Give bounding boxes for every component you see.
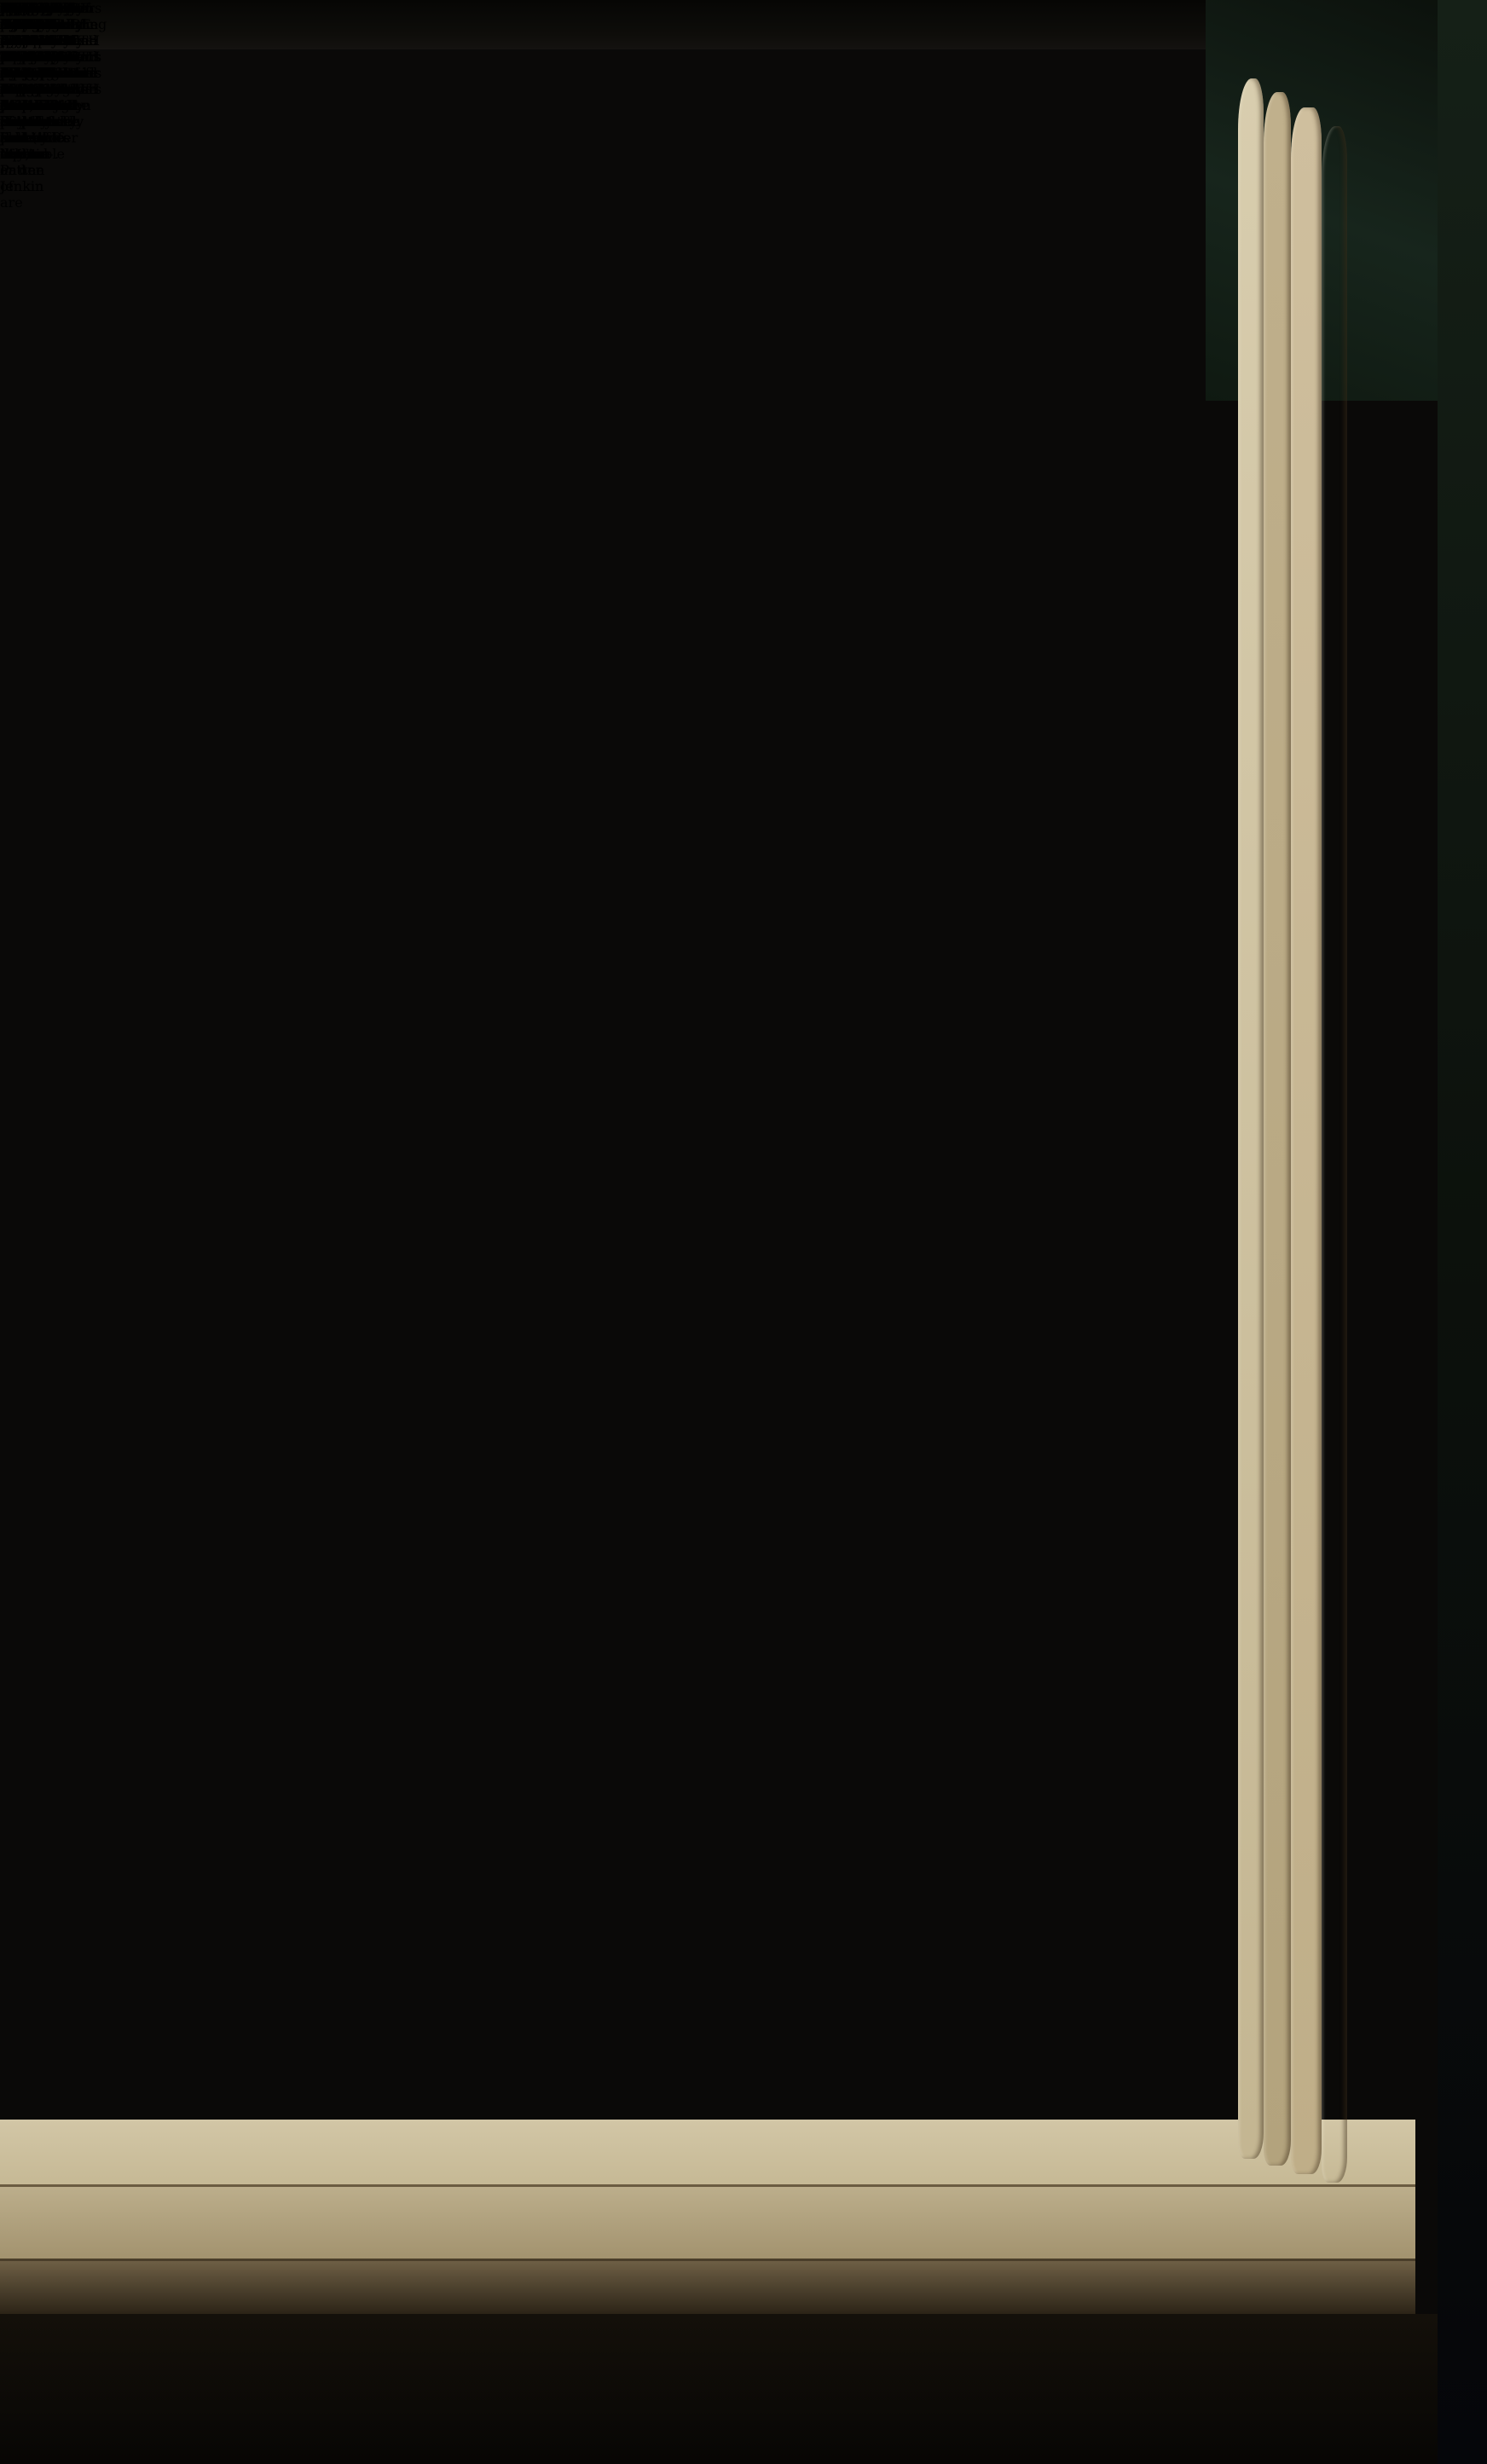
book-photo: edntorysinaidheeesntf ofbyNDbyee-onpp-bl… [0,0,1487,2464]
page-stack-bottom-edge [0,2187,1415,2261]
background-shadow-bottom [0,2314,1487,2464]
page-edge-strip [1322,126,1347,2183]
page-edge-strip [1238,78,1264,2159]
page-edge-strip [1264,92,1291,2166]
page-edge-strip [1291,107,1322,2174]
page-stack-bottom-edge [0,2120,1415,2187]
book-cover-edge [1438,0,1487,2464]
ink-squiggle-mark: y [0,0,8,16]
page-stack-bottom-shadow [0,2261,1415,2314]
